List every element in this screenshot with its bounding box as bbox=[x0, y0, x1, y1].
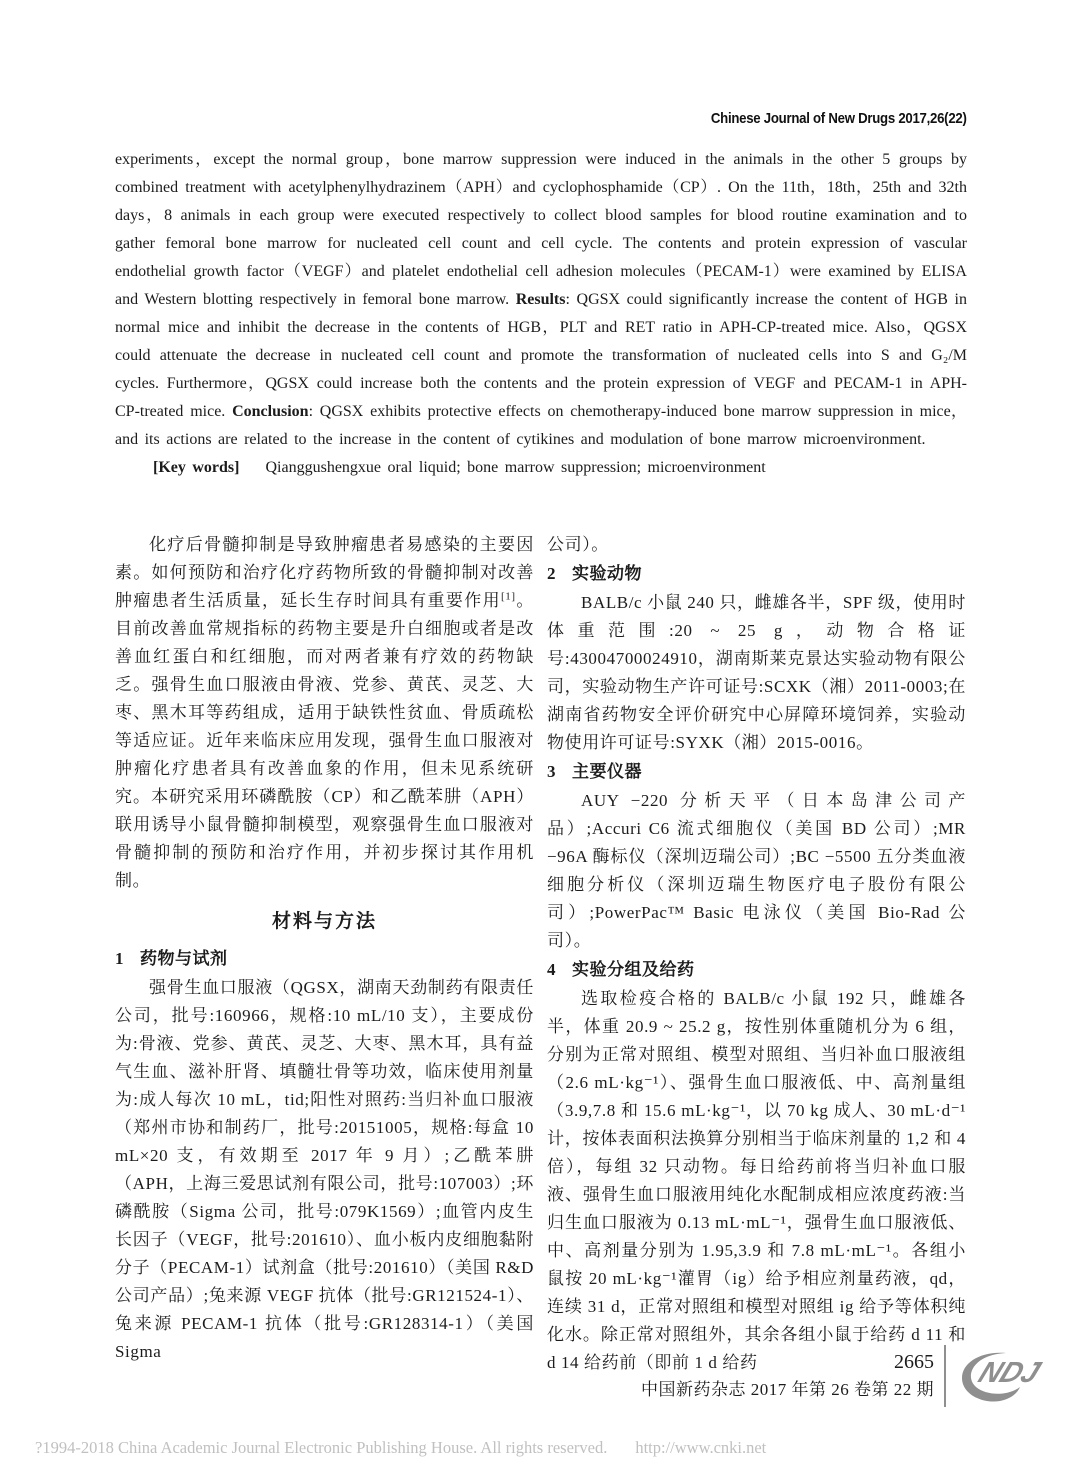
abstract-text: experiments，except the normal group，bone… bbox=[115, 146, 967, 454]
keywords-line: [Key words]Qianggushengxue oral liquid; … bbox=[115, 454, 967, 482]
results-label: Results bbox=[516, 291, 566, 308]
journal-logo-icon: NDJ bbox=[956, 1344, 1050, 1408]
abstract-block: experiments，except the normal group，bone… bbox=[115, 146, 967, 482]
page-footer: 2665 中国新药杂志 2017 年第 26 卷第 22 期 NDJ bbox=[641, 1344, 1050, 1408]
subsection-2-title: 实验动物 bbox=[572, 564, 642, 583]
abstract-seg1: experiments，except the normal group，bone… bbox=[115, 151, 967, 308]
running-head: Chinese Journal of New Drugs 2017,26(22) bbox=[115, 110, 967, 128]
page-number: 2665 bbox=[641, 1348, 934, 1376]
subsection-1-title: 药物与试剂 bbox=[140, 949, 228, 968]
subsection-4-paragraph: 选取检疫合格的 BALB/c 小鼠 192 只，雌雄各半，体重 20.9 ~ 2… bbox=[547, 985, 966, 1377]
journal-name-cn: 中国新药杂志 2017 年第 26 卷第 22 期 bbox=[641, 1376, 934, 1404]
subsection-1-number: 1 bbox=[115, 949, 124, 968]
subsection-1-heading: 1药物与试剂 bbox=[115, 945, 534, 973]
journal-page: Chinese Journal of New Drugs 2017,26(22)… bbox=[0, 0, 1080, 1484]
subsection-3-heading: 3主要仪器 bbox=[547, 758, 966, 786]
abstract-seg2: : QGSX could significantly increase the … bbox=[115, 291, 967, 420]
watermark-url: http://www.cnki.net bbox=[635, 1438, 766, 1457]
subsection-3-paragraph: AUY −220 分析天平（日本岛津公司产品）;Accuri C6 流式细胞仪（… bbox=[547, 787, 966, 955]
running-head-text: Chinese Journal of New Drugs 2017,26(22) bbox=[711, 110, 967, 127]
conclusion-label: Conclusion bbox=[232, 403, 308, 420]
subsection-4-heading: 4实验分组及给药 bbox=[547, 956, 966, 984]
section-heading-materials-methods: 材料与方法 bbox=[115, 908, 534, 936]
right-column: 公司）。 2实验动物 BALB/c 小鼠 240 只，雌雄各半，SPF 级，使用… bbox=[547, 531, 966, 1377]
continuation-line: 公司）。 bbox=[547, 531, 966, 559]
subsection-2-paragraph: BALB/c 小鼠 240 只，雌雄各半，SPF 级，使用时体重范围:20 ~ … bbox=[547, 589, 966, 757]
footer-text: 2665 中国新药杂志 2017 年第 26 卷第 22 期 bbox=[641, 1348, 934, 1404]
intro-pre: 化疗后骨髓抑制是导致肿瘤患者易感染的主要因素。如何预防和治疗化疗药物所致的骨髓抑… bbox=[115, 535, 534, 610]
citation-ref-1: [1] bbox=[501, 590, 516, 602]
subsection-3-number: 3 bbox=[547, 762, 556, 781]
svg-text:NDJ: NDJ bbox=[974, 1357, 1046, 1389]
subsection-4-number: 4 bbox=[547, 960, 556, 979]
keywords-label: [Key words] bbox=[153, 459, 239, 476]
subsection-1-paragraph: 强骨生血口服液（QGSX，湖南天劲制药有限责任公司，批号:160966，规格:1… bbox=[115, 974, 534, 1366]
footer-divider bbox=[944, 1345, 946, 1407]
intro-paragraph: 化疗后骨髓抑制是导致肿瘤患者易感染的主要因素。如何预防和治疗化疗药物所致的骨髓抑… bbox=[115, 531, 534, 895]
subsection-2-number: 2 bbox=[547, 564, 556, 583]
subsection-4-title: 实验分组及给药 bbox=[572, 960, 695, 979]
watermark-text: ?1994-2018 China Academic Journal Electr… bbox=[35, 1438, 607, 1457]
keywords-text: Qianggushengxue oral liquid; bone marrow… bbox=[265, 459, 765, 476]
intro-post: 。目前改善血常规指标的药物主要是升白细胞或者是改善血红蛋白和红细胞，而对两者兼有… bbox=[115, 591, 534, 890]
subsection-2-heading: 2实验动物 bbox=[547, 560, 966, 588]
copyright-watermark: ?1994-2018 China Academic Journal Electr… bbox=[35, 1438, 1055, 1458]
left-column: 化疗后骨髓抑制是导致肿瘤患者易感染的主要因素。如何预防和治疗化疗药物所致的骨髓抑… bbox=[115, 531, 534, 1366]
subsection-3-title: 主要仪器 bbox=[572, 762, 642, 781]
